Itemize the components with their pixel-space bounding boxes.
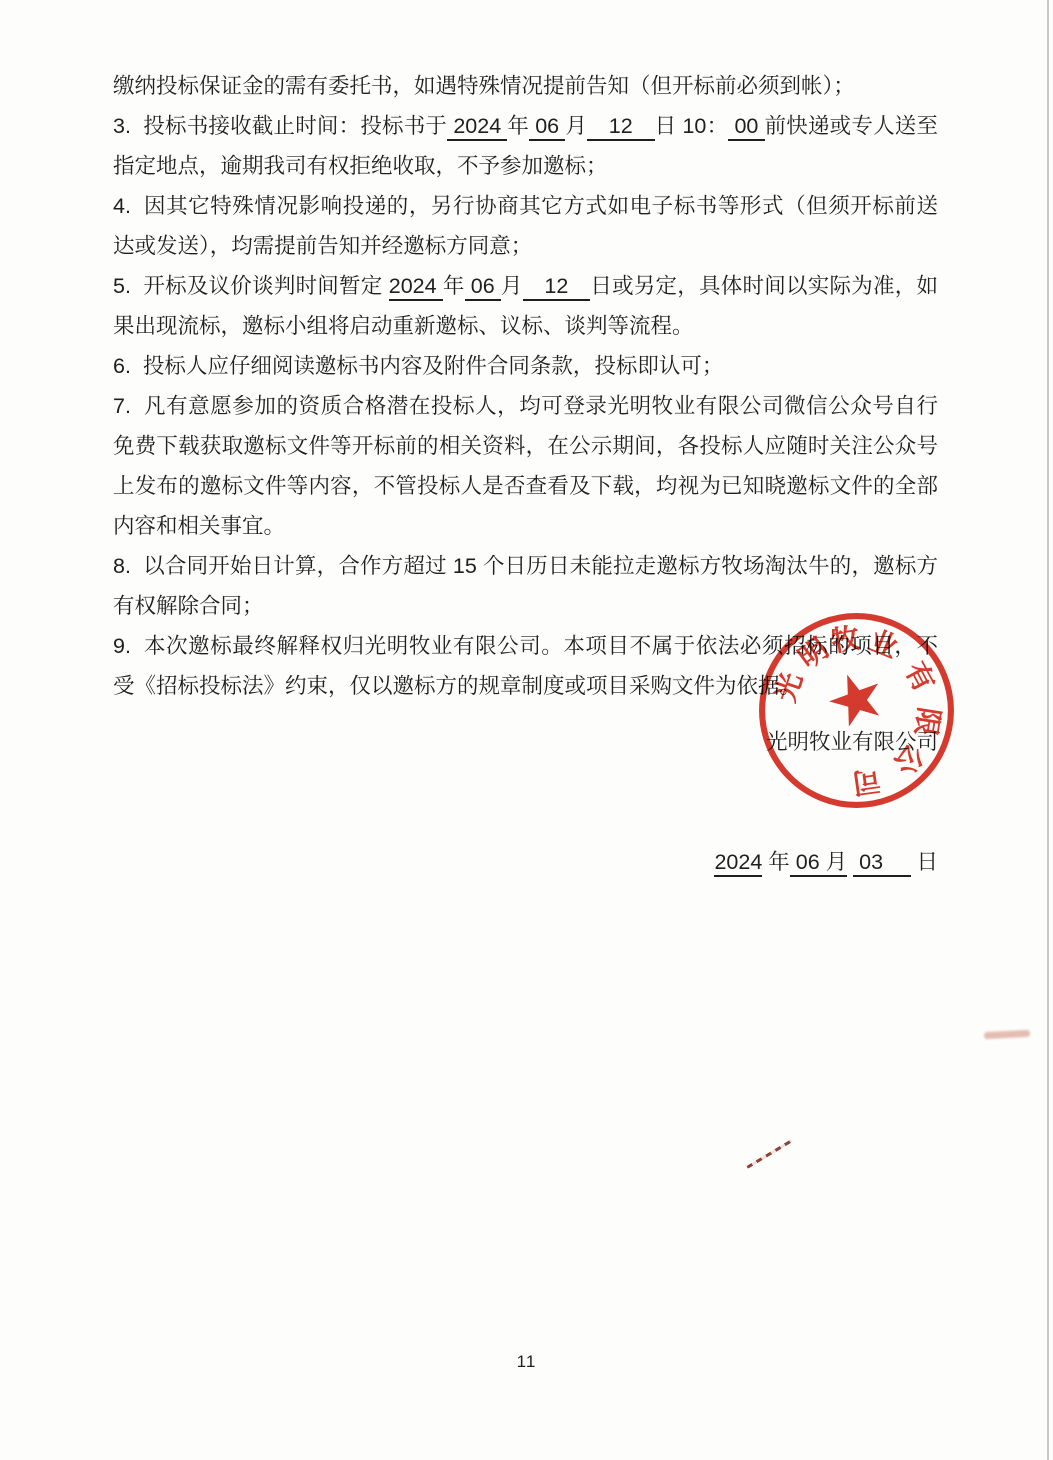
text-run: 日 10：: [655, 114, 729, 138]
paragraph-continuation: 缴纳投标保证金的需有委托书，如遇特殊情况提前告知（但开标前必须到帐）；: [113, 66, 938, 106]
document-body: 缴纳投标保证金的需有委托书，如遇特殊情况提前告知（但开标前必须到帐）； 3. 投…: [113, 66, 938, 706]
underlined-blank: 2024: [389, 274, 443, 301]
text-run: 年: [507, 114, 529, 138]
underlined-blank: 12: [587, 114, 655, 141]
star-icon: [823, 666, 889, 730]
list-item-4: 4. 因其它特殊情况影响投递的，另行协商其它方式如电子标书等形式（但须开标前送达…: [113, 186, 938, 266]
document-page: 缴纳投标保证金的需有委托书，如遇特殊情况提前告知（但开标前必须到帐）； 3. 投…: [0, 0, 1053, 1460]
seal-char: 牧: [829, 622, 863, 658]
text-run: 8. 以合同开始日计算，合作方超过 15 个日历日未能拉走邀标方牧场淘汰牛的，邀…: [113, 554, 938, 618]
text-run: 年: [762, 850, 789, 874]
text-run: 4. 因其它特殊情况影响投递的，另行协商其它方式如电子标书等形式（但须开标前送达…: [113, 194, 938, 258]
seal-char: 光: [770, 669, 810, 706]
text-run: 月: [501, 274, 523, 298]
underlined-blank: 06 月: [790, 850, 847, 877]
text-run: 日: [911, 850, 938, 874]
seal-char: 限: [909, 705, 945, 738]
list-item-7: 7. 凡有意愿参加的资质合格潜在投标人，均可登录光明牧业有限公司微信公众号自行免…: [113, 386, 938, 546]
underlined-blank: 06: [529, 114, 565, 141]
underlined-blank: 2024: [447, 114, 507, 141]
underlined-blank: 12: [523, 274, 591, 301]
underlined-blank: 06: [465, 274, 501, 301]
page-number: 11: [0, 1352, 1053, 1372]
text-run: 6. 投标人应仔细阅读邀标书内容及附件合同条款，投标即认可；: [113, 354, 723, 378]
seal-char: 业: [864, 624, 903, 665]
scan-edge-line: [1047, 0, 1049, 1460]
list-item-3: 3. 投标书接收截止时间：投标书于 2024 年 06 月 12 日 10： 0…: [113, 106, 938, 186]
text-run: 3. 投标书接收截止时间：投标书于: [113, 114, 447, 138]
seal-char: 有: [898, 657, 940, 697]
text-run: 缴纳投标保证金的需有委托书，如遇特殊情况提前告知（但开标前必须到帐）；: [113, 74, 855, 98]
underlined-blank: 2024: [714, 850, 762, 877]
text-run: 年: [443, 274, 465, 298]
text-run: 5. 开标及议价谈判时间暂定: [113, 274, 389, 298]
text-run: 7. 凡有意愿参加的资质合格潜在投标人，均可登录光明牧业有限公司微信公众号自行免…: [113, 394, 938, 538]
text-run: 月: [565, 114, 587, 138]
seal-char: 司: [850, 763, 883, 799]
list-item-5: 5. 开标及议价谈判时间暂定 2024 年 06 月 12 日或另定，具体时间以…: [113, 266, 938, 346]
signature-date: 2024 年 06 月 03 日: [438, 842, 938, 882]
underlined-blank: 00: [728, 114, 764, 141]
ink-smudge: [984, 1030, 1030, 1039]
ink-scratch: [746, 1139, 792, 1168]
underlined-blank: 03: [853, 850, 910, 877]
company-seal: 光 明 牧 业 有 限 公 司: [757, 611, 956, 810]
list-item-6: 6. 投标人应仔细阅读邀标书内容及附件合同条款，投标即认可；: [113, 346, 938, 386]
